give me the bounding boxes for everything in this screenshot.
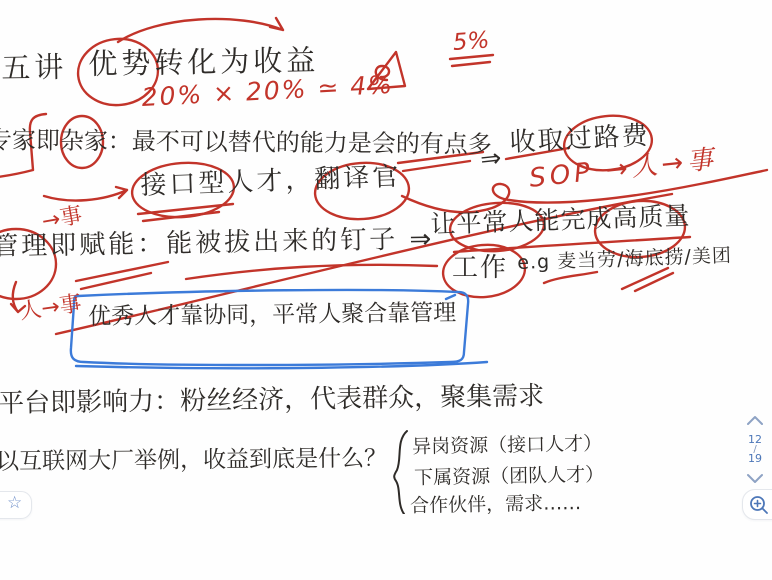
work-word: 工作	[452, 254, 508, 284]
red-check-mcd	[544, 272, 597, 283]
example-question: 以互联网大厂举例，收益到底是什么？	[0, 446, 387, 476]
red-slash-haidilao	[622, 268, 673, 291]
red-arc-arrow	[118, 18, 283, 42]
resource-item: 合作伙伴，需求……	[410, 493, 581, 514]
resource-item: 异岗资源（接口人才）	[412, 434, 602, 459]
page-total: 19	[748, 454, 762, 464]
chevron-down-icon[interactable]	[746, 473, 764, 485]
resource-item: 下属资源（团队人才）	[414, 465, 604, 490]
page-navigator: 12 / 19	[742, 414, 768, 485]
note-page: 五讲 优势转化为收益 20% × 20% ≃ 4% 5% 专家即杂家：最不可以替…	[0, 0, 772, 514]
zoom-button[interactable]	[742, 489, 772, 520]
star-icon: ☆	[7, 493, 22, 513]
favorite-button[interactable]: ☆	[0, 491, 32, 519]
blue-box-tick	[446, 295, 455, 299]
toll-arrow: ⇒	[479, 144, 503, 175]
boxed-statement: 优秀人才靠协同，平常人聚合靠管理	[88, 300, 456, 330]
red-strike-funeng	[76, 262, 168, 289]
zoom-in-icon	[748, 494, 770, 516]
expert-line: 专家即杂家：最不可以替代的能力是会的有点多	[0, 127, 492, 159]
red-underline-5pct	[450, 55, 493, 66]
red-arrow-to-interface	[44, 187, 127, 201]
notes-viewer: 五讲 优势转化为收益 20% × 20% ≃ 4% 5% 专家即杂家：最不可以替…	[0, 0, 772, 580]
red-underline-interface	[138, 204, 233, 221]
lecture-label: 五讲	[1, 51, 68, 85]
chevron-up-icon[interactable]	[746, 414, 764, 426]
five-percent-note: 5%	[452, 27, 490, 56]
black-brace	[394, 431, 407, 514]
